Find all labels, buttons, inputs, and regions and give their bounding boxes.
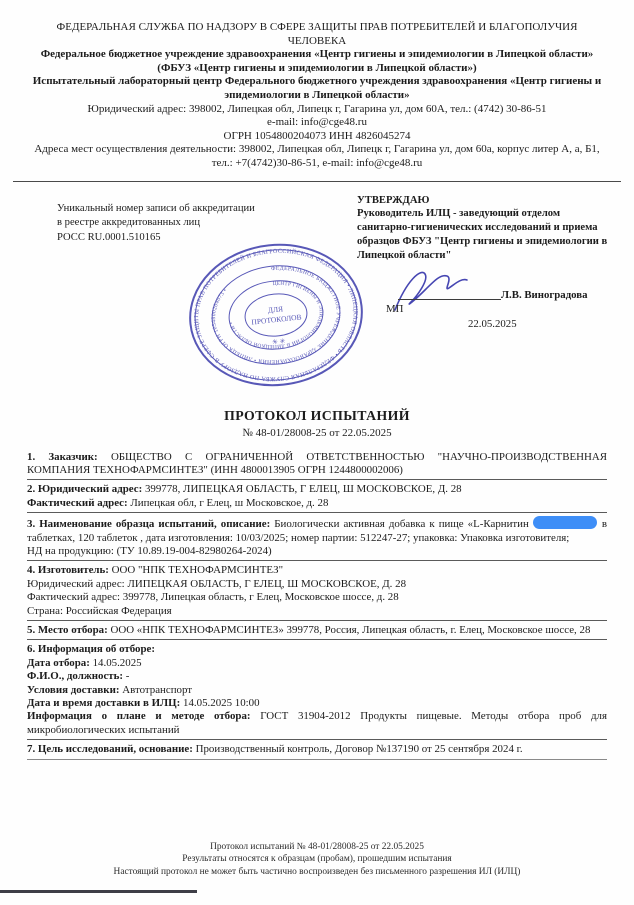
redaction-blob: [533, 516, 597, 529]
section-legal-address: 2. Юридический адрес: 399778, ЛИПЕЦКАЯ О…: [27, 483, 607, 496]
stamp-graphic: РОССИЙСКАЯ ФЕДЕРАЦИЯ • ЛИПЕЦКАЯ ОБЛАСТЬ …: [179, 232, 373, 398]
nd-value: (ТУ 10.89.19-004-82980264-2024): [117, 545, 272, 557]
approval-date: 22.05.2025: [468, 318, 517, 330]
manufacturer-actual-address: Фактический адрес: 399778, Липецкая обла…: [27, 591, 607, 604]
sampler-name-value: -: [126, 670, 130, 682]
organization-name: Федеральное бюджетное учреждение здравоо…: [26, 48, 608, 75]
approval-area: Уникальный номер записи об аккредитации …: [0, 182, 634, 403]
section-divider: [27, 512, 607, 513]
section-sampling-info-header: 6. Информация об отборе:: [27, 643, 607, 656]
sampling-method-row: Информация о плане и методе отбора: ГОСТ…: [27, 710, 607, 737]
signer-name: Л.В. Виноградова: [501, 289, 588, 301]
delivery-conditions-value: Автотранспорт: [122, 684, 192, 696]
delivery-datetime-row: Дата и время доставки в ИЛЦ: 14.05.2025 …: [27, 697, 607, 710]
stamp-center-line2: ПРОТОКОЛОВ: [251, 312, 302, 326]
sample-description-label: 3. Наименование образца испытаний, описа…: [27, 518, 270, 530]
section-nd: НД на продукцию: (ТУ 10.89.19-004-829802…: [27, 545, 607, 558]
manufacturer-legal-address: Юридический адрес: ЛИПЕЦКАЯ ОБЛАСТЬ, Г Е…: [27, 578, 607, 591]
stamp-stars: ✳ ✳: [272, 337, 286, 346]
country-label: Страна:: [27, 605, 63, 617]
testing-lab-center-name: Испытательный лабораторный центр Федерал…: [26, 75, 608, 102]
manufacturer-actual-label: Фактический адрес:: [27, 591, 120, 603]
protocol-sections: 1. Заказчик: ОБЩЕСТВО С ОГРАНИЧЕННОЙ ОТВ…: [27, 451, 607, 760]
actual-address-value: Липецкая обл, г Елец, ш Московское, д. 2…: [130, 497, 328, 509]
approval-position-text: Руководитель ИЛЦ - заведующий отделом са…: [357, 207, 613, 262]
section-divider: [27, 620, 607, 621]
stamp-place-label: МП: [386, 303, 403, 315]
purpose-value: Производственный контроль, Договор №1371…: [196, 743, 523, 755]
legal-address-label: 2. Юридический адрес:: [27, 483, 142, 495]
accreditation-line: в реестре аккредитованных лиц: [57, 216, 255, 231]
document-title: ПРОТОКОЛ ИСПЫТАНИЙ: [0, 408, 634, 424]
manufacturer-value: ООО "НПК ТЕХНОФАРМСИНТЕЗ": [112, 564, 283, 576]
footer-protocol-ref: Протокол испытаний № 48-01/28008-25 от 2…: [0, 841, 634, 853]
section-customer: 1. Заказчик: ОБЩЕСТВО С ОГРАНИЧЕННОЙ ОТВ…: [27, 451, 607, 478]
section-divider: [27, 479, 607, 480]
letterhead: ФЕДЕРАЛЬНАЯ СЛУЖБА ПО НАДЗОРУ В СФЕРЕ ЗА…: [26, 0, 608, 171]
section-purpose: 7. Цель исследований, основание: Произво…: [27, 743, 607, 756]
accreditation-number: РОСС RU.0001.510165: [57, 231, 255, 246]
section-sample-description: 3. Наименование образца испытаний, описа…: [27, 516, 607, 545]
section-customer-value: ОБЩЕСТВО С ОГРАНИЧЕННОЙ ОТВЕТСТВЕННОСТЬЮ…: [27, 451, 607, 476]
section-divider: [27, 759, 607, 760]
delivery-datetime-value: 14.05.2025 10:00: [183, 697, 260, 709]
sampling-date-label: Дата отбора:: [27, 657, 90, 669]
section-customer-label: 1. Заказчик:: [27, 451, 98, 463]
delivery-datetime-label: Дата и время доставки в ИЛЦ:: [27, 697, 180, 709]
approval-title: УТВЕРЖДАЮ: [357, 194, 613, 208]
section-actual-address: Фактический адрес: Липецкая обл, г Елец,…: [27, 497, 607, 510]
nd-label: НД на продукцию:: [27, 545, 114, 557]
sampling-place-value: ООО «НПК ТЕХНОФАРМСИНТЕЗ» 399778, Россия…: [110, 624, 590, 636]
org-email: e-mail: info@cge48.ru: [26, 116, 608, 130]
sampling-method-label: Информация о плане и методе отбора:: [27, 710, 251, 722]
section-divider: [27, 560, 607, 561]
sample-description-pre: Биологически активная добавка к пище «L-…: [274, 518, 529, 530]
actual-address-label: Фактический адрес:: [27, 497, 128, 509]
sampler-name-label: Ф.И.О., должность:: [27, 670, 123, 682]
sampling-place-label: 5. Место отбора:: [27, 624, 108, 636]
section-divider: [27, 739, 607, 740]
accreditation-record: Уникальный номер записи об аккредитации …: [57, 202, 255, 246]
section-manufacturer: 4. Изготовитель: ООО "НПК ТЕХНОФАРМСИНТЕ…: [27, 564, 607, 577]
signature-icon: [391, 266, 491, 314]
sampling-date-value: 14.05.2025: [93, 657, 142, 669]
manufacturer-legal-value: ЛИПЕЦКАЯ ОБЛАСТЬ, Г ЕЛЕЦ, Ш МОСКОВСКОЕ, …: [127, 578, 406, 590]
legal-address-value: 399778, ЛИПЕЦКАЯ ОБЛАСТЬ, Г ЕЛЕЦ, Ш МОСК…: [145, 483, 462, 495]
section-sampling-place: 5. Место отбора: ООО «НПК ТЕХНОФАРМСИНТЕ…: [27, 624, 607, 637]
purpose-label: 7. Цель исследований, основание:: [27, 743, 193, 755]
ogrn-inn: ОГРН 1054800204073 ИНН 4826045274: [26, 130, 608, 144]
manufacturer-country: Страна: Российская Федерация: [27, 605, 607, 618]
footer-copy-restriction: Настоящий протокол не может быть частичн…: [0, 866, 634, 878]
section-divider: [27, 639, 607, 640]
sampler-name-row: Ф.И.О., должность: -: [27, 670, 607, 683]
manufacturer-label: 4. Изготовитель:: [27, 564, 109, 576]
document-title-block: ПРОТОКОЛ ИСПЫТАНИЙ № 48-01/28008-25 от 2…: [0, 408, 634, 439]
agency-name: ФЕДЕРАЛЬНАЯ СЛУЖБА ПО НАДЗОРУ В СФЕРЕ ЗА…: [26, 21, 608, 48]
activity-addresses: Адреса мест осуществления деятельности: …: [26, 143, 608, 170]
stamp-center-line1: ДЛЯ: [267, 304, 283, 315]
delivery-conditions-row: Условия доставки: Автотранспорт: [27, 684, 607, 697]
scan-edge-artifact: [0, 890, 197, 893]
protocol-document-page: ФЕДЕРАЛЬНАЯ СЛУЖБА ПО НАДЗОРУ В СФЕРЕ ЗА…: [0, 0, 634, 905]
protocol-number: № 48-01/28008-25 от 22.05.2025: [0, 427, 634, 439]
manufacturer-actual-value: 399778, Липецкая область, г Елец, Москов…: [123, 591, 399, 603]
delivery-conditions-label: Условия доставки:: [27, 684, 119, 696]
page-footer: Протокол испытаний № 48-01/28008-25 от 2…: [0, 841, 634, 878]
legal-address: Юридический адрес: 398002, Липецкая обл,…: [26, 103, 608, 117]
accreditation-line: Уникальный номер записи об аккредитации: [57, 202, 255, 217]
sampling-date-row: Дата отбора: 14.05.2025: [27, 657, 607, 670]
signature-line: [398, 299, 501, 300]
round-stamp: РОССИЙСКАЯ ФЕДЕРАЦИЯ • ЛИПЕЦКАЯ ОБЛАСТЬ …: [179, 232, 373, 398]
footer-results-note: Результаты относятся к образцам (пробам)…: [0, 853, 634, 865]
approval-block: УТВЕРЖДАЮ Руководитель ИЛЦ - заведующий …: [357, 194, 613, 263]
manufacturer-legal-label: Юридический адрес:: [27, 578, 125, 590]
country-value: Российская Федерация: [66, 605, 172, 617]
